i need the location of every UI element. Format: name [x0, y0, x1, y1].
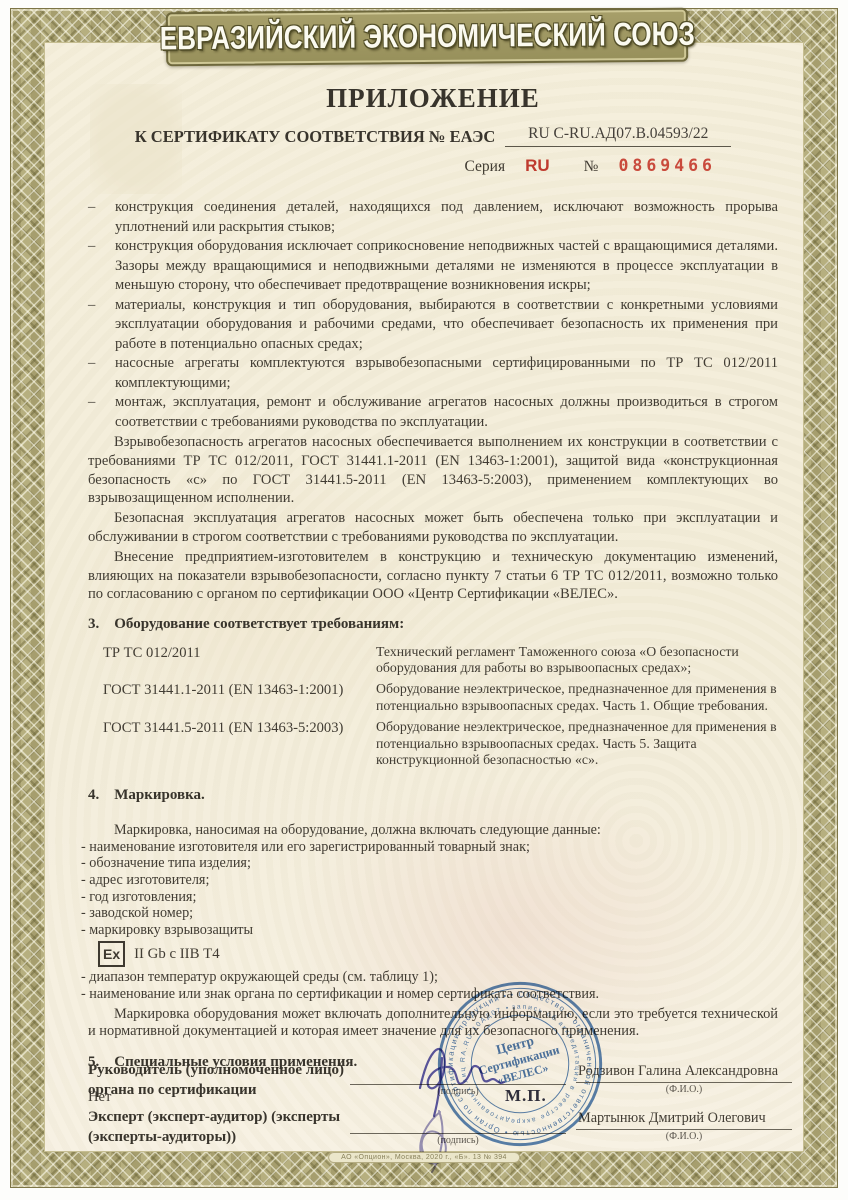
certificate-number: RU C-RU.АД07.В.04593/22: [505, 124, 731, 147]
series-line: Серия RU № 0869466: [88, 156, 716, 177]
section-title: Оборудование соответствует требованиям:: [114, 615, 404, 635]
bullet-text: насосные агрегаты комплектуются взрывобе…: [115, 355, 778, 391]
list-item: – насосные агрегаты комплектуются взрыво…: [88, 354, 778, 393]
number-sign: №: [584, 157, 599, 177]
bullet-text: конструкция соединения деталей, находящи…: [115, 199, 778, 235]
standard-code: ТР ТС 012/2011: [103, 644, 376, 677]
section-title: Маркировка.: [114, 786, 205, 806]
printing-house-line: АО «Опцион», Москва, 2020 г., «Б». 13 № …: [328, 1152, 520, 1163]
role-label: Эксперт (эксперт-аудитор) (эксперты (экс…: [88, 1107, 350, 1147]
marking-item: - адрес изготовителя;: [81, 872, 778, 889]
marking-intro: Маркировка, наносимая на оборудование, д…: [88, 822, 778, 839]
section-number: 3.: [88, 615, 99, 635]
eaeu-banner: ЕВРАЗИЙСКИЙ ЭКОНОМИЧЕСКИЙ СОЮЗ: [166, 8, 688, 67]
role-label: Руководитель (уполномоченное лицо) орган…: [88, 1060, 350, 1100]
marking-item: - обозначение типа изделия;: [81, 855, 778, 872]
series-label: Серия: [465, 157, 506, 177]
marking-item: - маркировку взрывозащиты: [81, 922, 778, 939]
bullet-dash: –: [88, 237, 95, 257]
certificate-page: ЕВРАЗИЙСКИЙ ЭКОНОМИЧЕСКИЙ СОЮЗ ПРИЛОЖЕНИ…: [0, 0, 848, 1200]
bullet-dash: –: [88, 393, 95, 413]
paragraph: Безопасная эксплуатация агрегатов насосн…: [88, 509, 778, 547]
standard-code: ГОСТ 31441.5-2011 (EN 13463-5:2003): [103, 719, 376, 768]
person-name: Родзивон Галина Александровна: [576, 1060, 792, 1082]
bullet-dash: –: [88, 198, 95, 218]
table-row: ГОСТ 31441.1-2011 (EN 13463-1:2001) Обор…: [103, 681, 778, 714]
section-number: 4.: [88, 786, 99, 806]
table-row: ГОСТ 31441.5-2011 (EN 13463-5:2003) Обор…: [103, 719, 778, 768]
requirements-table: ТР ТС 012/2011 Технический регламент Там…: [88, 644, 778, 769]
ex-marking-line: Ex II Gb с IIB Т4: [98, 941, 778, 967]
ex-mark-icon: Ex: [98, 941, 125, 967]
standard-description: Оборудование неэлектрическое, предназнач…: [376, 719, 778, 768]
certificate-subtitle: К СЕРТИФИКАТУ СООТВЕТСТВИЯ № ЕАЭС: [135, 127, 496, 147]
bullet-text: конструкция оборудования исключает сопри…: [115, 238, 778, 293]
requirements-bullet-list: – конструкция соединения деталей, находя…: [88, 198, 778, 432]
marking-item: - диапазон температур окружающей среды (…: [81, 969, 778, 986]
certificate-line: К СЕРТИФИКАТУ СООТВЕТСТВИЯ № ЕАЭС RU C-R…: [88, 124, 778, 147]
bullet-dash: –: [88, 354, 95, 374]
series-code: RU: [525, 156, 550, 176]
document-body: ПРИЛОЖЕНИЕ К СЕРТИФИКАТУ СООТВЕТСТВИЯ № …: [88, 84, 778, 1108]
table-row: ТР ТС 012/2011 Технический регламент Там…: [103, 644, 778, 677]
marking-item: - год изготовления;: [81, 889, 778, 906]
list-item: – конструкция соединения деталей, находя…: [88, 198, 778, 237]
standard-description: Технический регламент Таможенного союза …: [376, 644, 778, 677]
paragraph: Взрывобезопасность агрегатов насосных об…: [88, 433, 778, 508]
form-number: 0869466: [618, 156, 716, 176]
standard-code: ГОСТ 31441.1-2011 (EN 13463-1:2001): [103, 681, 376, 714]
paragraph: Внесение предприятием-изготовителем в ко…: [88, 548, 778, 604]
eaeu-banner-title: ЕВРАЗИЙСКИЙ ЭКОНОМИЧЕСКИЙ СОЮЗ: [159, 16, 694, 58]
bullet-dash: –: [88, 296, 95, 316]
bullet-text: материалы, конструкция и тип оборудовани…: [115, 297, 778, 352]
page-title: ПРИЛОЖЕНИЕ: [88, 84, 778, 112]
ex-protection-code: II Gb с IIB Т4: [134, 945, 219, 965]
bullet-text: монтаж, эксплуатация, ремонт и обслужива…: [115, 394, 778, 430]
marking-item: - заводской номер;: [81, 905, 778, 922]
certification-stamp: • Общество с ограниченной ответственност…: [425, 969, 615, 1159]
section3-heading: 3. Оборудование соответствует требования…: [88, 615, 778, 635]
marking-item: - наименование изготовителя или его заре…: [81, 839, 778, 856]
section4-heading: 4. Маркировка.: [88, 786, 778, 806]
list-item: – материалы, конструкция и тип оборудова…: [88, 296, 778, 355]
list-item: – конструкция оборудования исключает соп…: [88, 237, 778, 296]
list-item: – монтаж, эксплуатация, ремонт и обслужи…: [88, 393, 778, 432]
standard-description: Оборудование неэлектрическое, предназнач…: [376, 681, 778, 714]
